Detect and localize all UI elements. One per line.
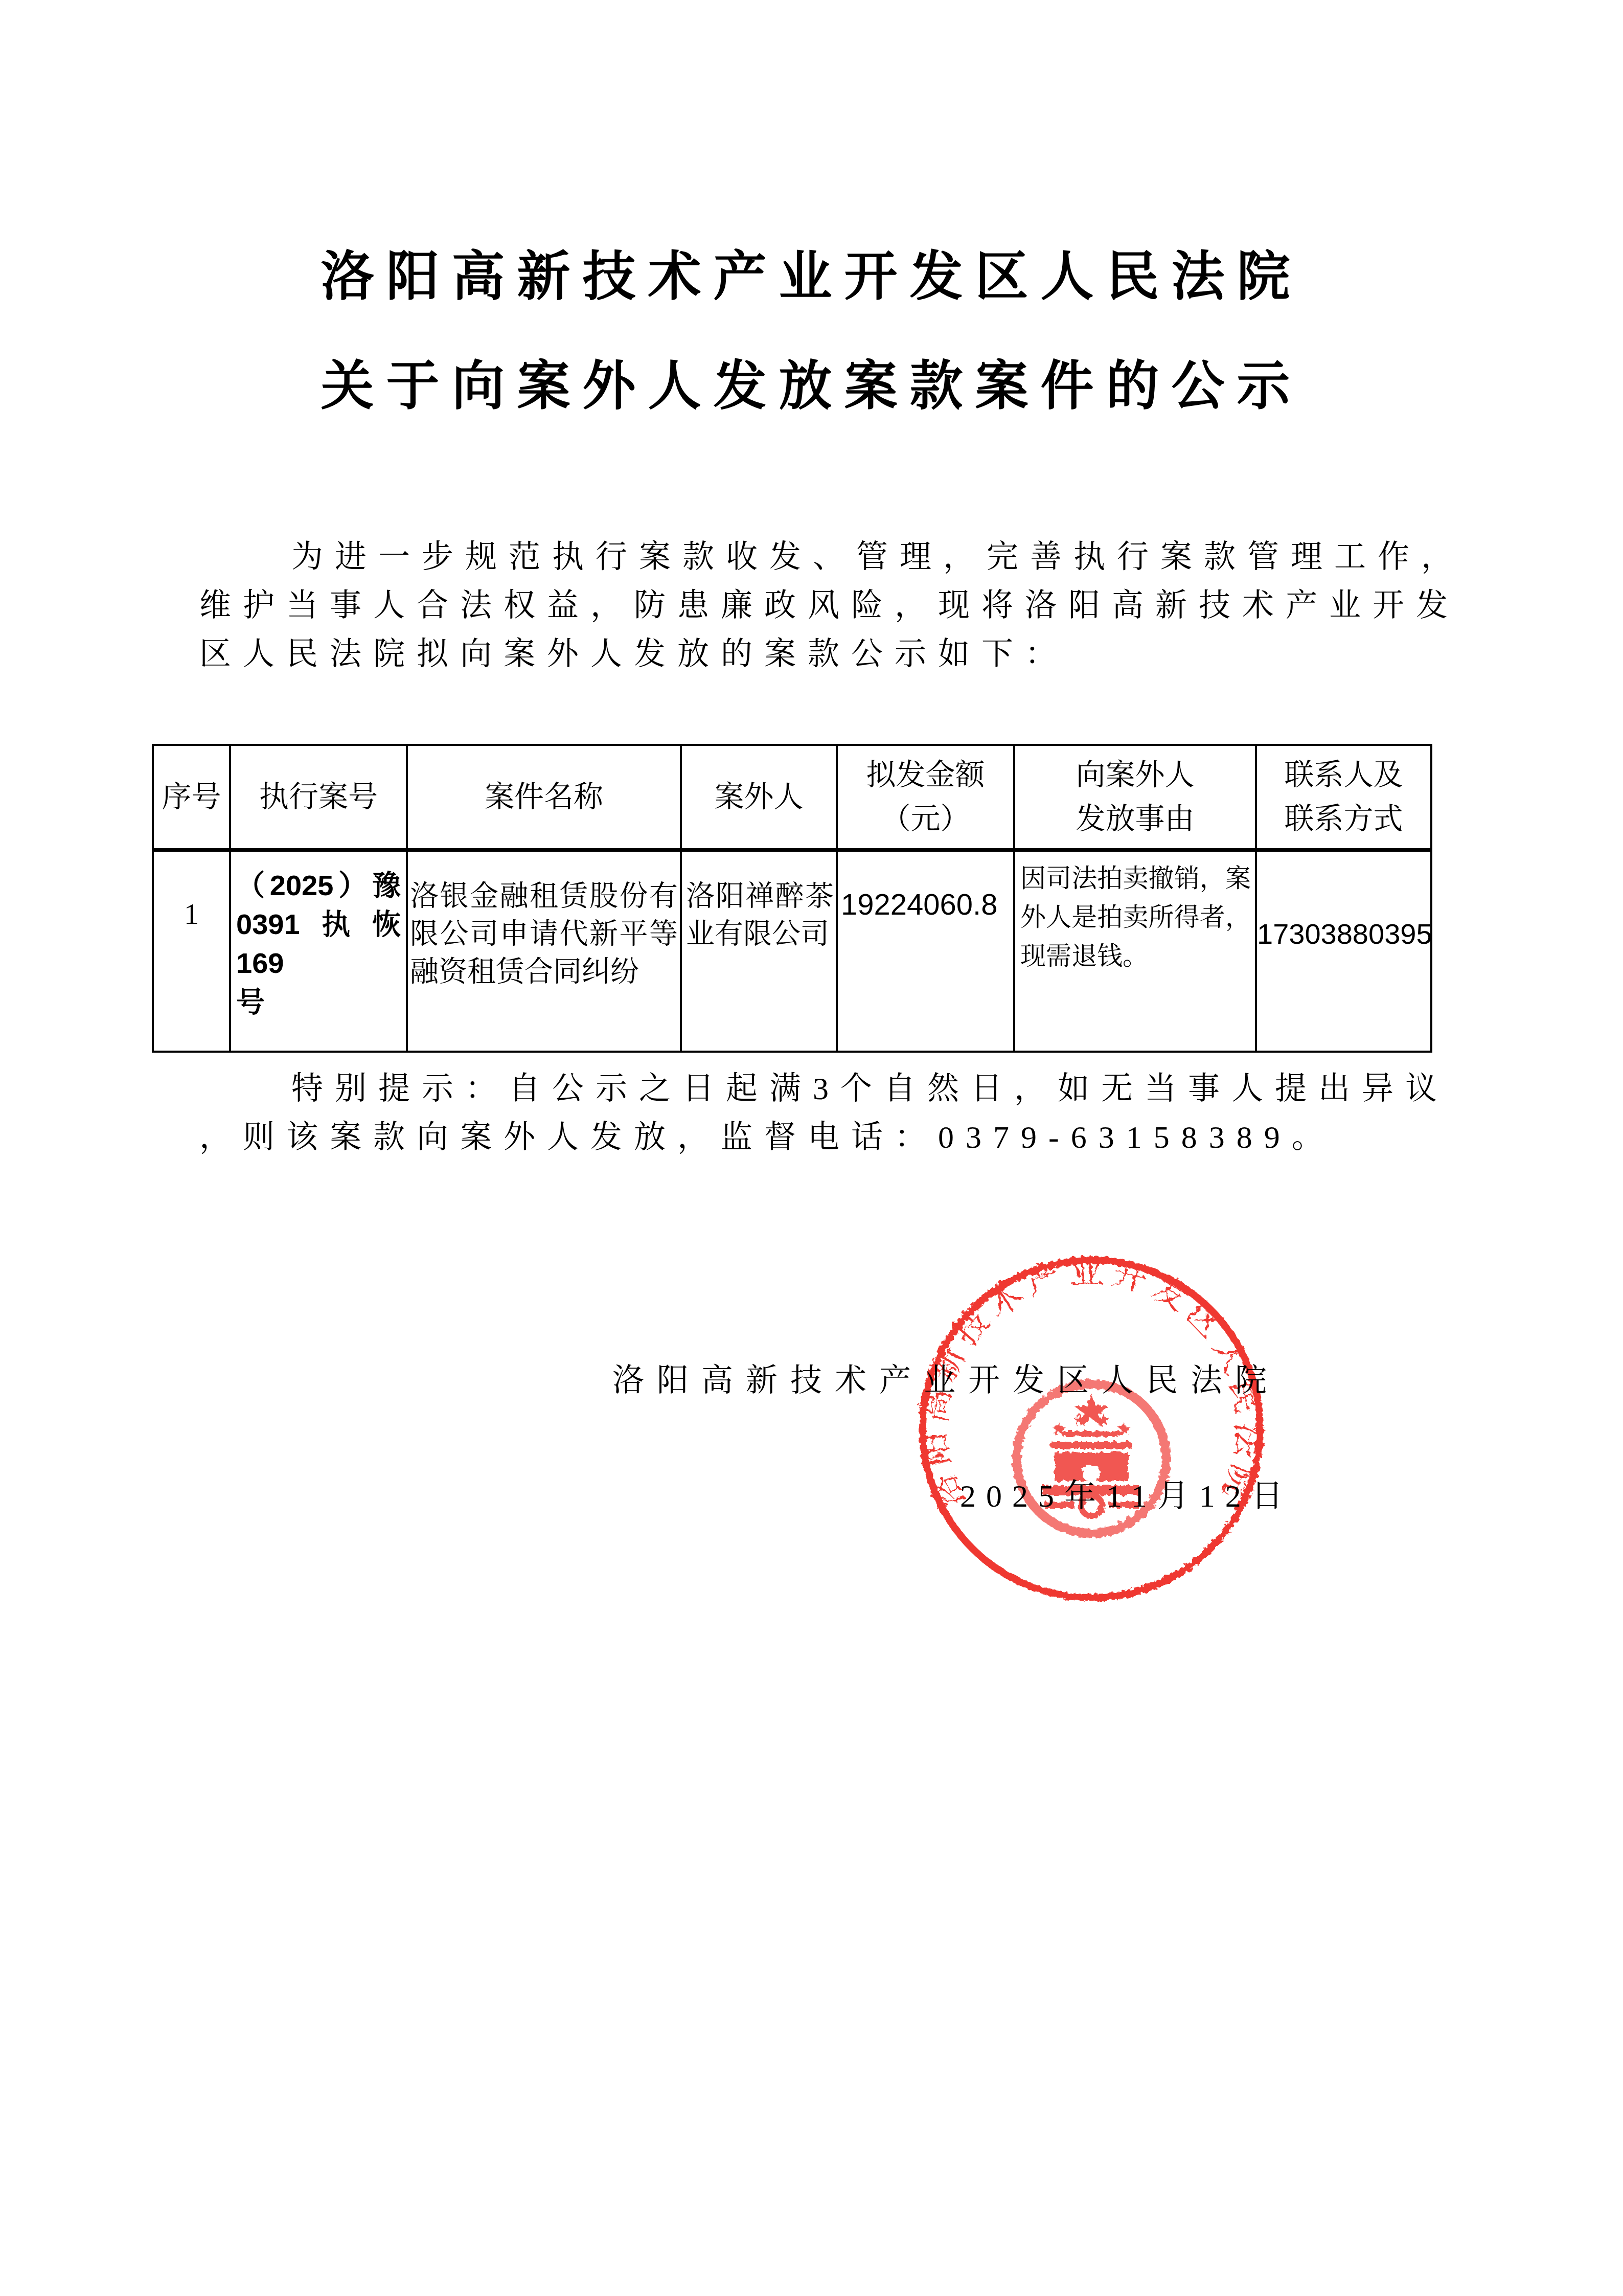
header-case-number: 执行案号 [230, 745, 407, 850]
court-seal-svg: 洛阳高新技术产业开发区人民法院 [912, 1250, 1270, 1608]
header-outsider: 案外人 [681, 745, 837, 850]
case-funds-table: 序号 执行案号 案件名称 案外人 拟发金额 （元） 向案外人 发放事由 联系人及… [152, 744, 1432, 1053]
gate-upper-roof [1062, 1431, 1121, 1437]
signature-text: 洛阳高新技术产业开发区人民法院 [612, 1355, 1279, 1400]
cell-reason: 因司法拍卖撤销，案外人是拍卖所得者，现需退钱。 [1014, 850, 1256, 1052]
header-contact: 联系人及 联系方式 [1256, 745, 1431, 850]
cell-outsider: 洛阳禅醉茶业有限公司 [681, 850, 837, 1052]
cell-seq: 1 [153, 850, 230, 1052]
header-amount: 拟发金额 （元） [837, 745, 1014, 850]
header-seq: 序号 [153, 745, 230, 850]
table-header-row: 序号 执行案号 案件名称 案外人 拟发金额 （元） 向案外人 发放事由 联系人及… [153, 745, 1431, 850]
page-title-line1: 洛阳高新技术产业开发区人民法院 [0, 243, 1623, 311]
page-title-line2: 关于向案外人发放案款案件的公示 [0, 353, 1623, 420]
intro-paragraph: 为进一步规范执行案款收发、管理，完善执行案款管理工作， 维护当事人合法权益，防患… [199, 533, 1595, 679]
signature-date: 2025年11月12日 [960, 1470, 1293, 1516]
document-page: { "doc": { "title_line1": "洛阳高新技术产业开发区人民… [0, 0, 1623, 2296]
header-reason: 向案外人 发放事由 [1014, 745, 1256, 850]
table-row: 1 （2025）豫 0391执恢169 号 洛银金融租赁股份有限公司申请代新平等… [153, 850, 1431, 1052]
cell-amount: 19224060.8 [837, 850, 1014, 1052]
court-seal: 洛阳高新技术产业开发区人民法院 [912, 1250, 1270, 1608]
cell-contact: 17303880395 [1256, 850, 1431, 1052]
cell-case-number: （2025）豫 0391执恢169 号 [230, 850, 407, 1052]
header-case-name: 案件名称 [407, 745, 681, 850]
notice-paragraph: 特别提示：自公示之日起满3个自然日，如无当事人提出异议 ，则该案款向案外人发放，… [199, 1065, 1595, 1162]
cell-case-name: 洛银金融租赁股份有限公司申请代新平等融资租赁合同纠纷 [407, 850, 681, 1052]
gate-roof [1050, 1442, 1132, 1449]
